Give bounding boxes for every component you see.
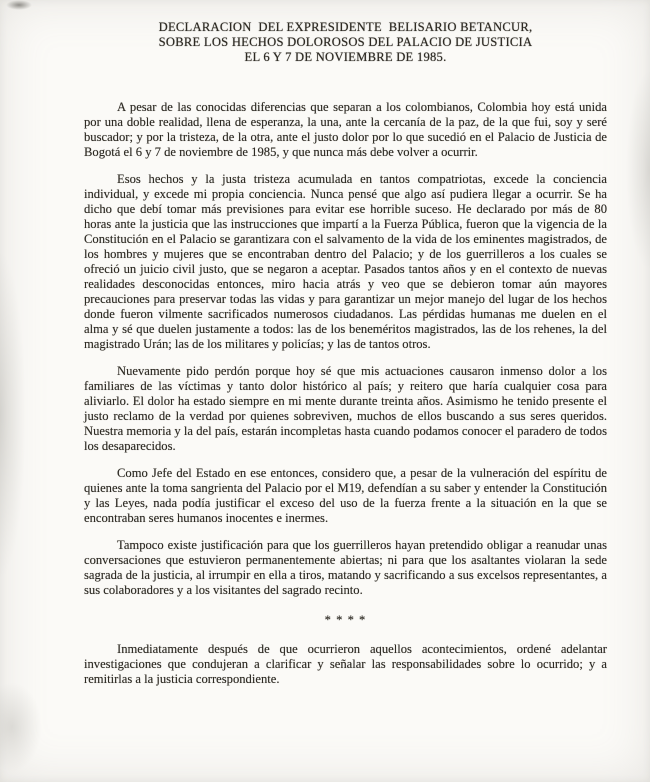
document-title-line-2: SOBRE LOS HECHOS DOLOROSOS DEL PALACIO D… — [126, 35, 566, 50]
paragraph-4: Como Jefe del Estado en ese entonces, co… — [84, 466, 607, 526]
document-title-line-3: EL 6 Y 7 DE NOVIEMBRE DE 1985. — [126, 50, 566, 65]
document-body: DECLARACION DEL EXPRESIDENTE BELISARIO B… — [84, 20, 607, 699]
paragraph-5: Tampoco existe justificación para que lo… — [84, 538, 607, 598]
paragraph-2: Esos hechos y la justa tristeza acumulad… — [84, 172, 607, 352]
document-title: DECLARACION DEL EXPRESIDENTE BELISARIO B… — [126, 20, 566, 64]
asterisk-separator: * * * * — [84, 613, 607, 628]
scan-smudge — [626, 70, 650, 270]
paragraph-3: Nuevamente pido perdón porque hoy sé que… — [84, 364, 607, 454]
paragraph-6: Inmediatamente después de que ocurrieron… — [84, 642, 607, 687]
scanned-document-page: DECLARACION DEL EXPRESIDENTE BELISARIO B… — [0, 0, 650, 782]
scan-smudge — [6, 0, 32, 10]
scan-smudge — [0, 250, 26, 580]
scan-smudge — [0, 682, 42, 772]
document-title-line-1: DECLARACION DEL EXPRESIDENTE BELISARIO B… — [126, 20, 566, 35]
paragraph-1: A pesar de las conocidas diferencias que… — [84, 100, 607, 160]
